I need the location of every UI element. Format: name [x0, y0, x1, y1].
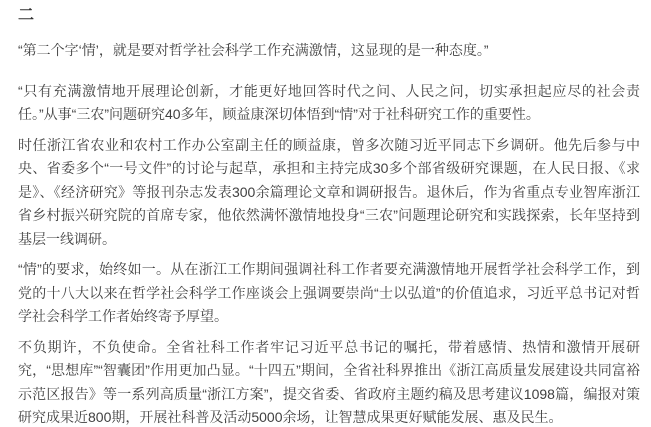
paragraph-quote-attitude: “第二个字‘情’，就是要对哲学社会科学工作充满激情，这显现的是一种态度。” — [18, 39, 640, 63]
section-number-heading: 二 — [18, 6, 640, 26]
article-body: 二 “第二个字‘情’，就是要对哲学社会科学工作充满激情，这显现的是一种态度。” … — [0, 0, 651, 427]
paragraph-provincial-achievements: 不负期许，不负使命。全省社科工作者牢记习近平总书记的嘱托，带着感情、热情和激情开… — [18, 336, 640, 427]
paragraph-quote-responsibility: “只有充满激情地开展理论创新，才能更好地回答时代之问、人民之问，切实承担起应尽的… — [18, 80, 640, 127]
paragraph-gu-yikang-career: 时任浙江省农业和农村工作办公室副主任的顾益康，曾多次随习近平同志下乡调研。他先后… — [18, 134, 640, 252]
paragraph-qing-requirement: “情”的要求，始终如一。从在浙江工作期间强调社科工作者要充满激情地开展哲学社会科… — [18, 258, 640, 329]
